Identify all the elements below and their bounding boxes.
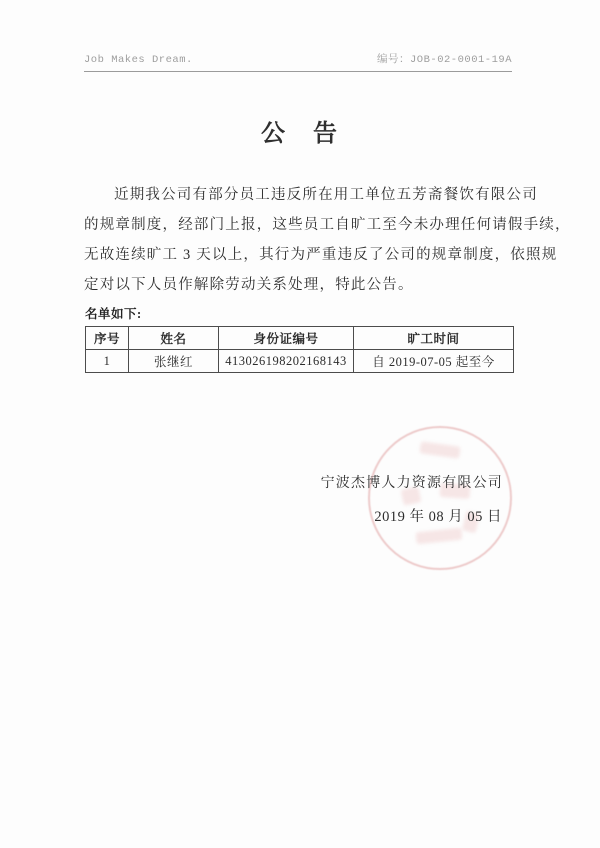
cell-id-number: 413026198202168143 xyxy=(219,350,354,373)
cell-name: 张继红 xyxy=(129,350,219,373)
header-doc-number: 编号：JOB-02-0001-19A xyxy=(377,51,512,66)
body-line: 无故连续旷工 3 天以上，其行为严重违反了公司的规章制度，依照规 xyxy=(84,240,512,270)
body-line: 的规章制度，经部门上报，这些员工自旷工至今未办理任何请假手续， xyxy=(84,210,512,240)
announcement-body: 近期我公司有部分员工违反所在用工单位五芳斋餐饮有限公司 的规章制度，经部门上报，… xyxy=(84,180,512,300)
signature-company: 宁波杰博人力资源有限公司 xyxy=(321,472,503,492)
body-line: 近期我公司有部分员工违反所在用工单位五芳斋餐饮有限公司 xyxy=(84,180,512,210)
table-row: 1 张继红 413026198202168143 自 2019-07-05 起至… xyxy=(86,350,514,373)
absentee-table: 序号 姓名 身份证编号 旷工时间 1 张继红 41302619820216814… xyxy=(85,326,514,373)
cell-absence-period: 自 2019-07-05 起至今 xyxy=(354,350,514,373)
body-line: 定对以下人员作解除劳动关系处理，特此公告。 xyxy=(84,270,512,300)
cell-index: 1 xyxy=(86,350,129,373)
column-header-id-number: 身份证编号 xyxy=(219,327,354,350)
column-header-absence-period: 旷工时间 xyxy=(354,327,514,350)
announcement-document: Job Makes Dream. 编号：JOB-02-0001-19A 公 告 … xyxy=(0,0,600,848)
column-header-index: 序号 xyxy=(86,327,129,350)
list-label: 名单如下: xyxy=(85,304,142,322)
header-slogan: Job Makes Dream. xyxy=(84,54,193,66)
column-header-name: 姓名 xyxy=(129,327,219,350)
document-header: Job Makes Dream. 编号：JOB-02-0001-19A xyxy=(84,51,512,72)
page-title: 公 告 xyxy=(0,113,600,148)
table-header-row: 序号 姓名 身份证编号 旷工时间 xyxy=(86,327,514,350)
signature-block: 宁波杰博人力资源有限公司 2019 年 08 月 05 日 xyxy=(321,472,503,526)
signature-date: 2019 年 08 月 05 日 xyxy=(321,505,503,526)
